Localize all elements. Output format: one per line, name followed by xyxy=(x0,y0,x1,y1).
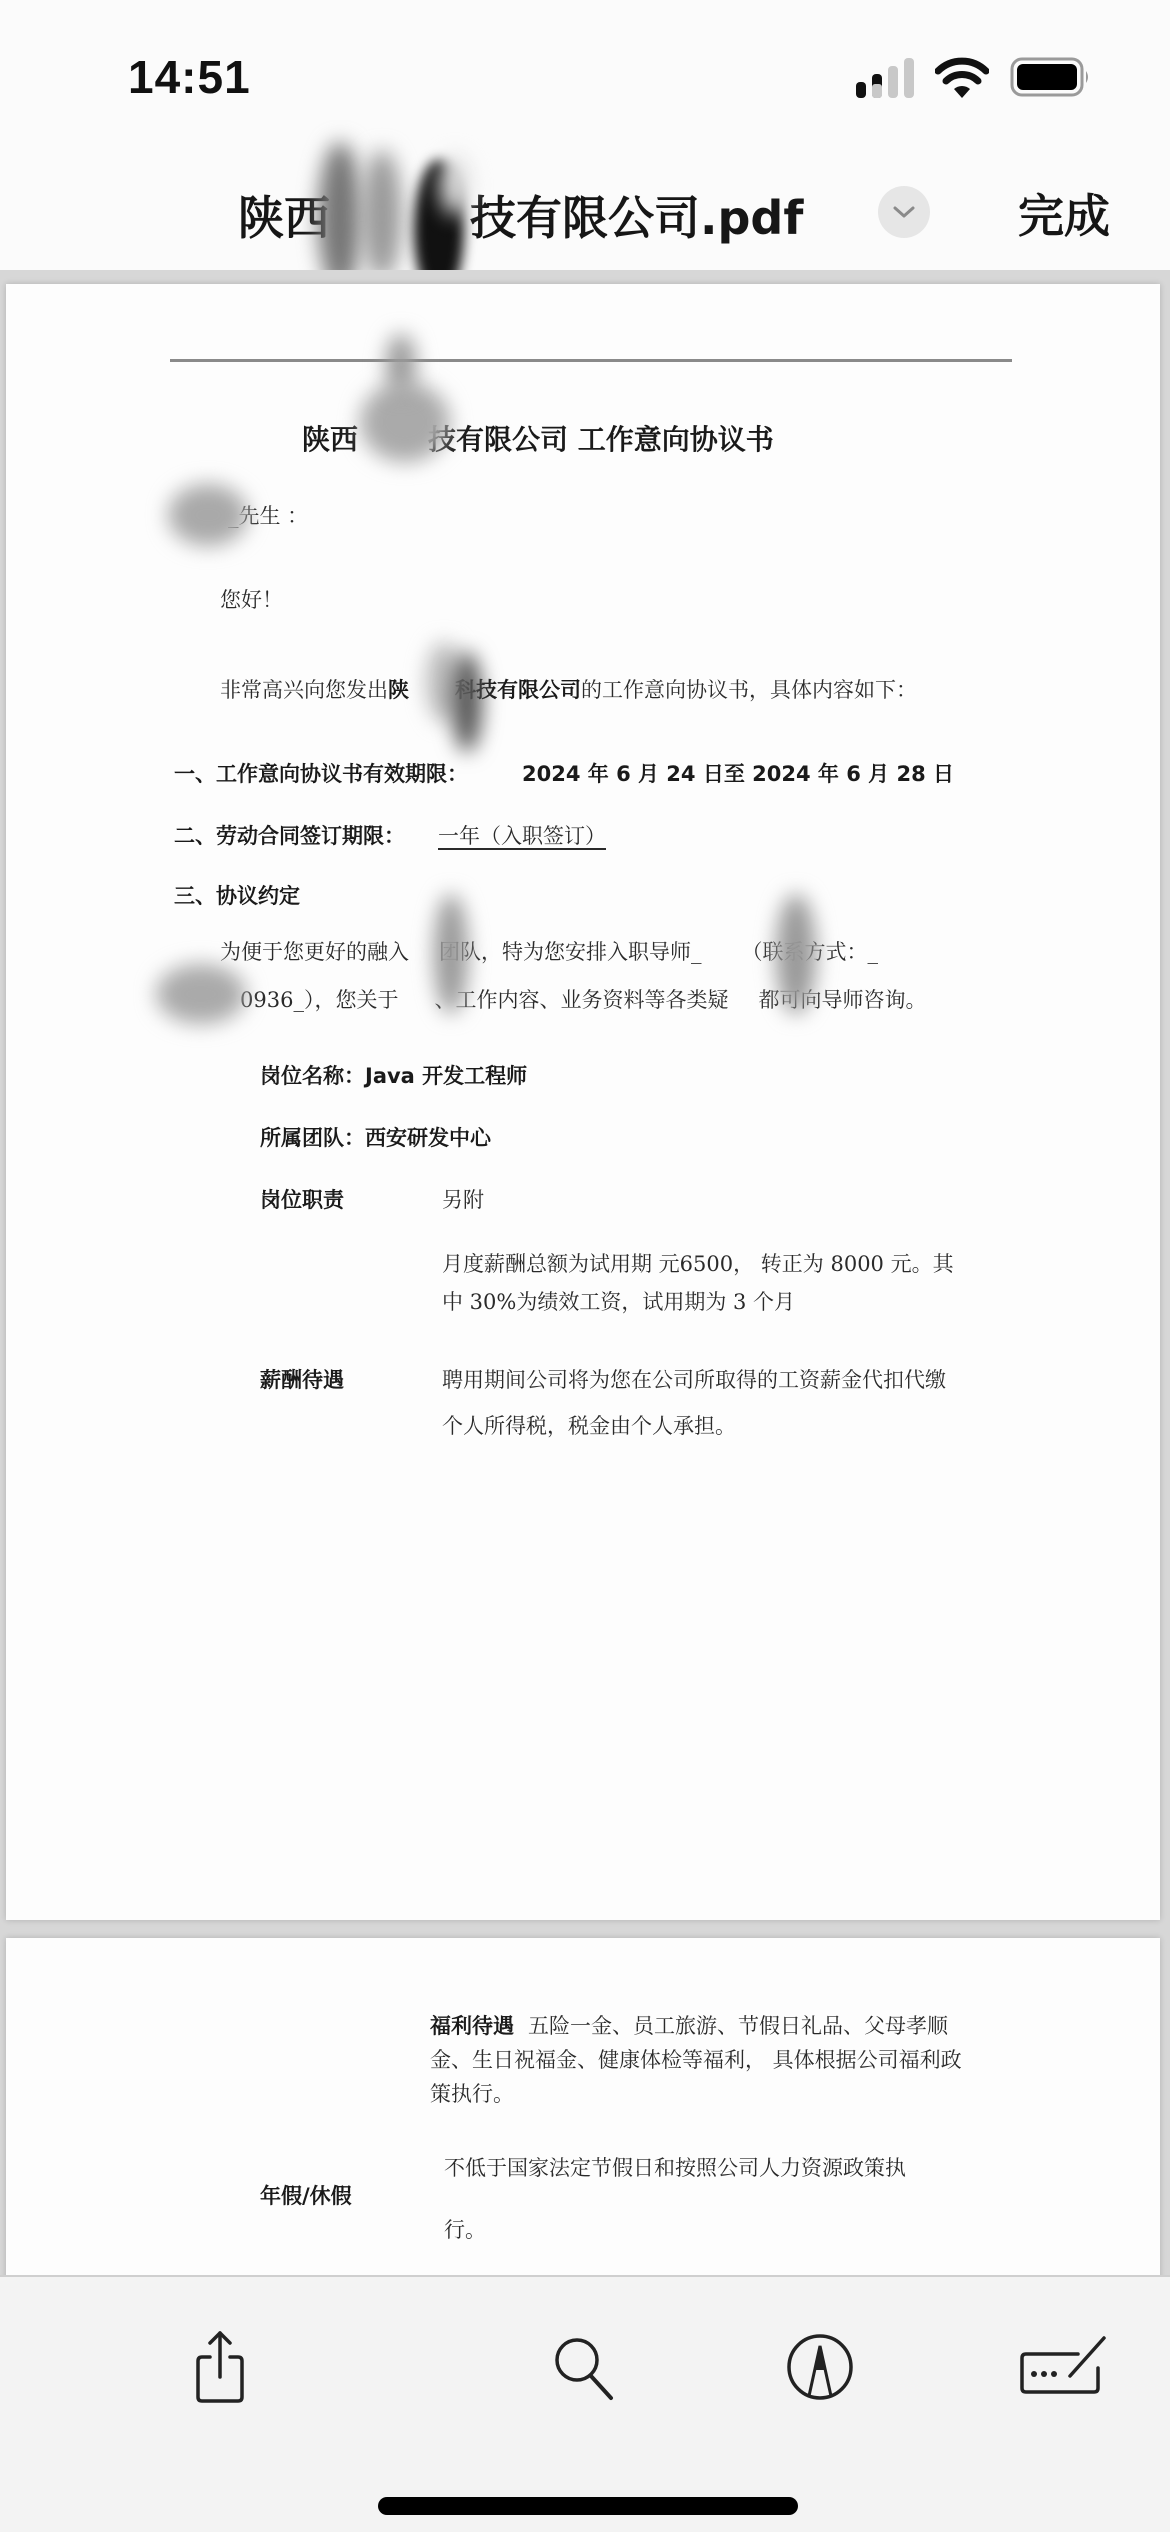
salary-line-1: 月度薪酬总额为试用期 元6500， 转正为 8000 元。其 xyxy=(442,1248,954,1278)
redaction-smudge xyxy=(168,484,248,546)
markup-icon xyxy=(785,2332,855,2402)
search-icon xyxy=(549,2332,619,2402)
leave-label: 年假/休假 xyxy=(260,2180,352,2210)
markup-button[interactable] xyxy=(780,2327,860,2407)
mentor-paragraph-line2: 0936_），您关于、工作内容、业务资料等各类疑都可向导师咨询。 xyxy=(240,984,926,1014)
pdf-viewer[interactable]: 陕西技有限公司 工作意向协议书 _先生 ： 您好！ 非常高兴向您发出陕科技有限公… xyxy=(0,270,1170,2275)
benefits-line-1: 福利待遇五险一金、员工旅游、节假日礼品、父母孝顺 xyxy=(430,2010,948,2040)
leave-line-2: 行。 xyxy=(444,2214,486,2244)
benefits-line-3: 策执行。 xyxy=(430,2078,514,2108)
duty-value: 另附 xyxy=(442,1184,484,1214)
greeting: 您好！ xyxy=(220,584,283,614)
redaction-smudge xyxy=(434,894,468,1014)
pay-line-2: 个人所得税，税金由个人承担。 xyxy=(442,1410,736,1440)
cellular-signal-icon xyxy=(856,58,918,100)
redaction-smudge xyxy=(156,964,246,1024)
pdf-page-2: 福利待遇五险一金、员工旅游、节假日礼品、父母孝顺 金、生日祝福金、健康体检等福利… xyxy=(6,1938,1160,2275)
salary-line-2: 中 30%为绩效工资，试用期为 3 个月 xyxy=(442,1286,795,1316)
team-row: 所属团队：西安研发中心 xyxy=(260,1122,491,1152)
redaction-smudge xyxy=(452,652,482,752)
wifi-icon xyxy=(935,56,989,100)
chevron-down-icon xyxy=(892,204,916,220)
contract-term-label: 二、劳动合同签订期限： xyxy=(174,820,405,850)
pay-line-1: 聘用期间公司将为您在公司所取得的工资薪金代扣代缴 xyxy=(442,1364,946,1394)
home-indicator[interactable] xyxy=(378,2497,798,2515)
redaction-smudge xyxy=(440,155,470,215)
title-menu-button[interactable] xyxy=(878,186,930,238)
navigation-bar: 陕西技有限公司.pdf 完成 xyxy=(0,150,1170,270)
header-rule xyxy=(170,359,1012,362)
signature-icon xyxy=(1018,2332,1110,2402)
share-button[interactable] xyxy=(180,2327,260,2407)
agreement-heading: 三、协议约定 xyxy=(174,880,300,910)
validity-value: 2024 年 6 月 24 日至 2024 年 6 月 28 日 xyxy=(522,758,954,788)
battery-icon xyxy=(1010,57,1092,97)
intro-paragraph: 非常高兴向您发出陕科技有限公司的工作意向协议书，具体内容如下： xyxy=(220,674,917,704)
pdf-page-1: 陕西技有限公司 工作意向协议书 _先生 ： 您好！ 非常高兴向您发出陕科技有限公… xyxy=(6,284,1160,1920)
redaction-smudge xyxy=(776,894,816,1014)
search-button[interactable] xyxy=(544,2327,624,2407)
status-bar: 14:51 xyxy=(0,0,1170,150)
position-row: 岗位名称：Java 开发工程师 xyxy=(260,1060,527,1090)
redaction-smudge xyxy=(362,150,402,280)
status-time: 14:51 xyxy=(128,50,251,104)
pay-label: 薪酬待遇 xyxy=(260,1364,344,1394)
contract-term-value: 一年（入职签订） xyxy=(438,820,606,850)
duty-label: 岗位职责 xyxy=(260,1184,344,1214)
share-icon xyxy=(188,2327,252,2407)
benefits-line-2: 金、生日祝福金、健康体检等福利， 具体根据公司福利政 xyxy=(430,2044,962,2074)
redaction-smudge xyxy=(386,334,416,394)
validity-label: 一、工作意向协议书有效期限： xyxy=(174,758,468,788)
leave-line-1: 不低于国家法定节假日和按照公司人力资源政策执 xyxy=(444,2152,906,2182)
bottom-toolbar xyxy=(0,2275,1170,2532)
fill-and-sign-button[interactable] xyxy=(1014,2327,1114,2407)
done-button[interactable]: 完成 xyxy=(1018,180,1110,246)
redaction-smudge xyxy=(360,382,450,462)
